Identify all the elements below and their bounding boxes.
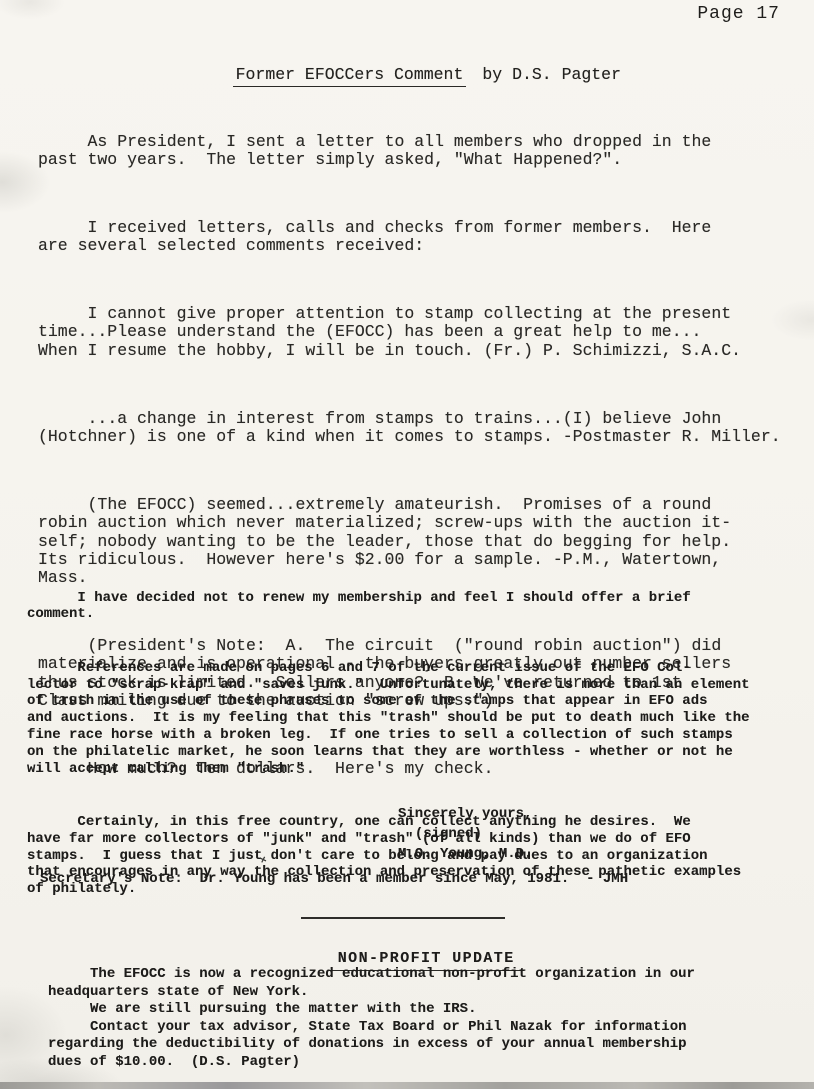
secretary-note: Secretary's Note: Dr. Young has been a m… bbox=[40, 871, 628, 888]
signature-block: Sincerely yours, (signed) M.O. Young, M.… bbox=[398, 804, 532, 864]
scan-edge-artifact bbox=[0, 1082, 814, 1089]
article-heading: Former EFOCCers Commentby D.S. Pagter bbox=[0, 46, 814, 103]
paragraph: I have decided not to renew my membershi… bbox=[27, 590, 797, 624]
section-divider-rule bbox=[301, 917, 505, 919]
article-title: Former EFOCCers Comment bbox=[233, 65, 467, 87]
nonprofit-update-body: The EFOCC is now a recognized educationa… bbox=[48, 966, 788, 1072]
paragraph: As President, I sent a letter to all mem… bbox=[38, 133, 808, 170]
article-byline: by D.S. Pagter bbox=[482, 65, 621, 84]
paragraph: I received letters, calls and checks fro… bbox=[38, 219, 808, 256]
paragraph: I cannot give proper attention to stamp … bbox=[38, 305, 808, 360]
paragraph: ...a change in interest from stamps to t… bbox=[38, 410, 808, 447]
scanned-newsletter-page: Page 17 Former EFOCCers Commentby D.S. P… bbox=[0, 0, 814, 1089]
page-number: Page 17 bbox=[697, 4, 780, 24]
paragraph: References are made on pages 6 and 7 of … bbox=[27, 660, 797, 778]
